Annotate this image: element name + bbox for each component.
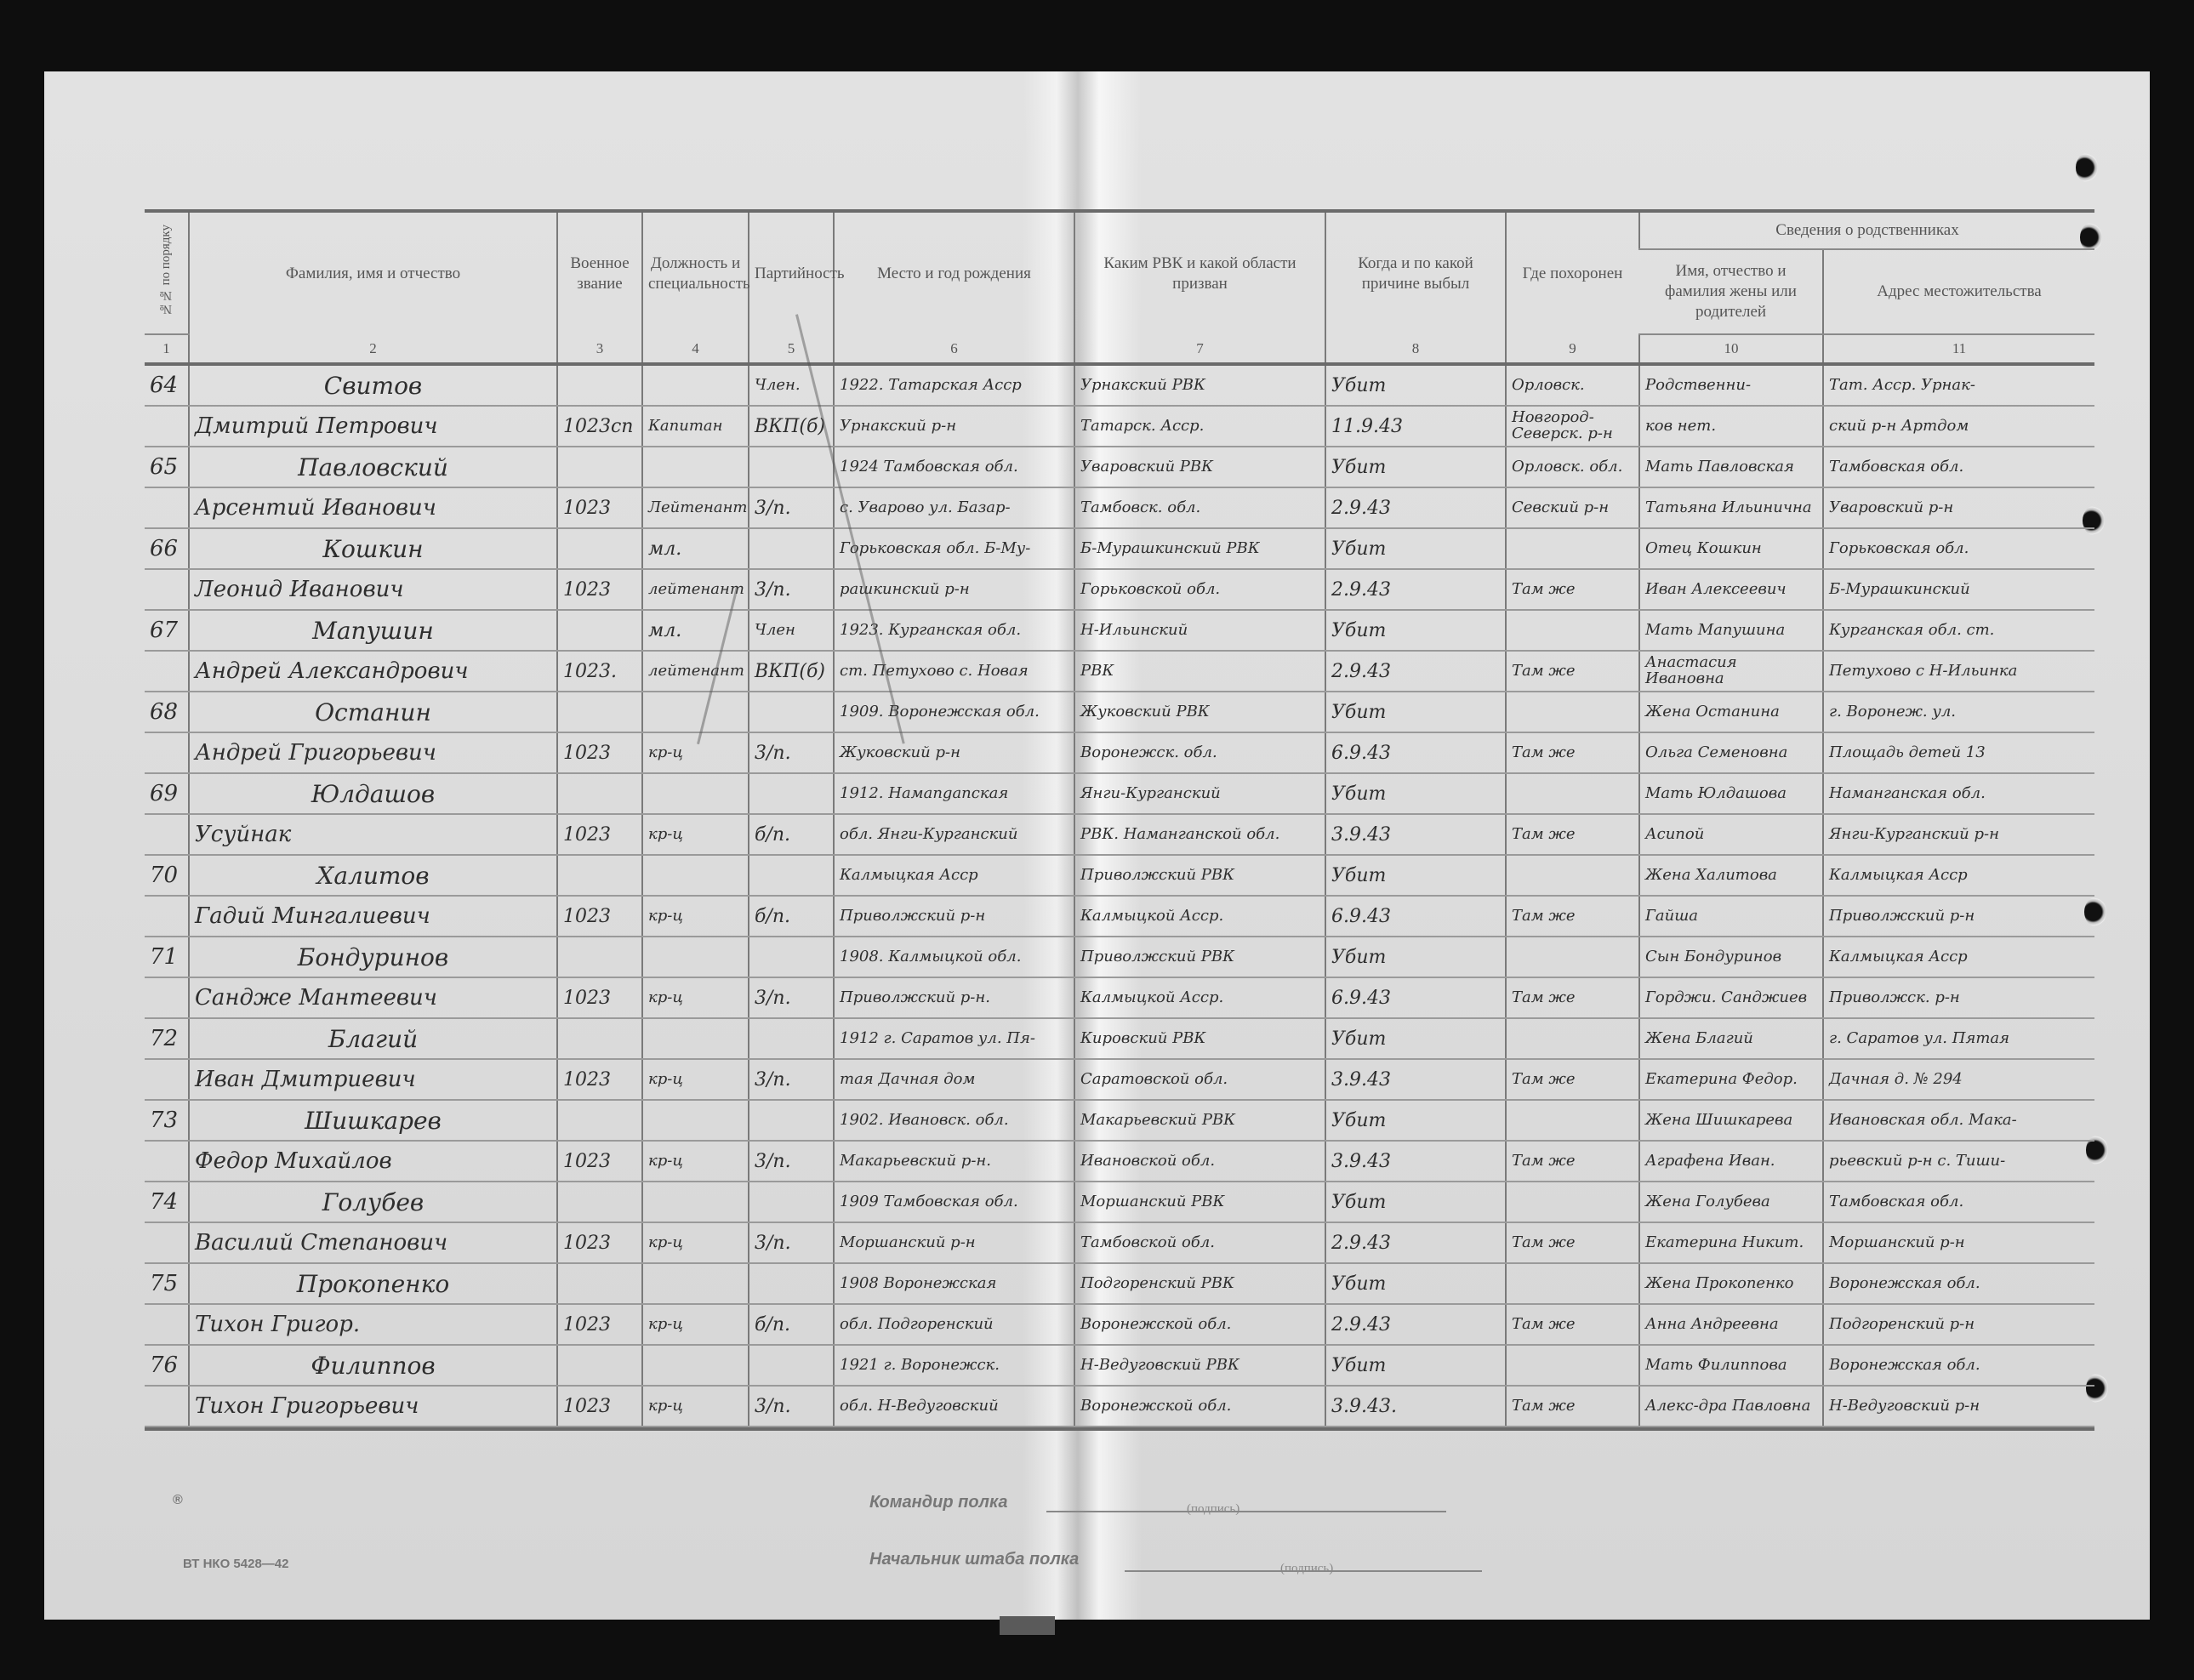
fate-date: 2.9.43: [1325, 1222, 1506, 1263]
burial-cont: Там же: [1506, 1059, 1639, 1100]
relative-cell: Отец Кошкин: [1639, 528, 1823, 569]
rank: 1023: [557, 732, 642, 773]
birth-cell: 1908. Калмыцкой обл.: [834, 937, 1074, 977]
party: 3/п.: [749, 732, 834, 773]
party-cell: [749, 937, 834, 977]
birth-cont: обл. Подгоренский: [834, 1304, 1074, 1345]
col-group-relatives: Сведения о родственниках: [1639, 213, 2094, 249]
given-name: Андрей Григорьевич: [189, 732, 557, 773]
col-num: 3: [557, 334, 642, 364]
fate-date: 2.9.43: [1325, 569, 1506, 610]
row-number-cont: [145, 896, 189, 937]
burial-cell: [1506, 773, 1639, 814]
rank: 1023: [557, 896, 642, 937]
birth-cell: Калмыцкая Асср: [834, 855, 1074, 896]
rank: 1023: [557, 1141, 642, 1182]
row-number: 72: [145, 1018, 189, 1059]
col-num: 11: [1823, 334, 2094, 364]
position: кр-ц: [642, 1386, 749, 1427]
col-header-number: №№ по порядку: [145, 213, 189, 334]
burial-cont: Там же: [1506, 977, 1639, 1018]
birth-cont: Приволжский р-н: [834, 896, 1074, 937]
address-cell: Тамбовская обл.: [1823, 1182, 2094, 1222]
binding-tape: [1000, 1616, 1055, 1635]
fate-date: 6.9.43: [1325, 732, 1506, 773]
rvk-cont: Тамбовск. обл.: [1074, 487, 1325, 528]
row-number-cont: [145, 1386, 189, 1427]
party: ВКП(б): [749, 651, 834, 692]
table-row: 71Бондуринов1908. Калмыцкой обл.Приволжс…: [145, 937, 2094, 977]
rvk-cell: Подгоренский РВК: [1074, 1263, 1325, 1304]
row-number-cont: [145, 1141, 189, 1182]
position-cell: [642, 364, 749, 406]
rank-cell: [557, 610, 642, 651]
birth-cell: 1924 Тамбовская обл.: [834, 447, 1074, 487]
party: 3/п.: [749, 569, 834, 610]
fate-date: 2.9.43: [1325, 1304, 1506, 1345]
fate-cell: Убит: [1325, 528, 1506, 569]
address-cell: Калмыцкая Асср: [1823, 937, 2094, 977]
col-num: 6: [834, 334, 1074, 364]
table-row: 65Павловский1924 Тамбовская обл.Уваровск…: [145, 447, 2094, 487]
rank: 1023: [557, 1386, 642, 1427]
rank: 1023: [557, 1222, 642, 1263]
birth-cell: 1912 г. Саратов ул. Пя-: [834, 1018, 1074, 1059]
fate-date: 2.9.43: [1325, 651, 1506, 692]
rank-cell: [557, 692, 642, 732]
col-header-position: Должность и специальность: [642, 213, 749, 334]
birth-cell: 1922. Татарская Асср: [834, 364, 1074, 406]
position-cell: [642, 1018, 749, 1059]
address-cont: Площадь детей 13: [1823, 732, 2094, 773]
position-cell: [642, 1100, 749, 1141]
table-row: Усуйнак1023кр-цб/п.обл. Янги-КурганскийР…: [145, 814, 2094, 855]
given-name: Гадий Мингалиевич: [189, 896, 557, 937]
position-cell: [642, 855, 749, 896]
surname: Свитов: [189, 364, 557, 406]
rvk-cell: Приволжский РВК: [1074, 855, 1325, 896]
given-name: Сандже Мантеевич: [189, 977, 557, 1018]
position-cell: [642, 773, 749, 814]
party: 3/п.: [749, 1386, 834, 1427]
address-cont: Приволжский р-н: [1823, 896, 2094, 937]
address-cont: Моршанский р-н: [1823, 1222, 2094, 1263]
rvk-cont: РВК: [1074, 651, 1325, 692]
table-row: 66Кошкинмл.Горьковская обл. Б-Му-Б-Мураш…: [145, 528, 2094, 569]
burial-cell: Орловск.: [1506, 364, 1639, 406]
position: кр-ц: [642, 814, 749, 855]
rvk-cont: Воронежск. обл.: [1074, 732, 1325, 773]
relative-cell: Жена Благий: [1639, 1018, 1823, 1059]
surname: Прокопенко: [189, 1263, 557, 1304]
fate-date: 3.9.43: [1325, 814, 1506, 855]
burial-cell: Орловск. обл.: [1506, 447, 1639, 487]
rvk-cell: Уваровский РВК: [1074, 447, 1325, 487]
party-cell: [749, 447, 834, 487]
burial-cont: Там же: [1506, 814, 1639, 855]
surname: Шишкарев: [189, 1100, 557, 1141]
col-num: 10: [1639, 334, 1823, 364]
relative-cell: Жена Прокопенко: [1639, 1263, 1823, 1304]
surname: Халитов: [189, 855, 557, 896]
address-cell: Горьковская обл.: [1823, 528, 2094, 569]
row-number-cont: [145, 651, 189, 692]
table-row: Андрей Григорьевич1023кр-ц3/п.Жуковский …: [145, 732, 2094, 773]
birth-cont: Жуковский р-н: [834, 732, 1074, 773]
relative-cont: Горджи. Санджиев: [1639, 977, 1823, 1018]
row-number-cont: [145, 569, 189, 610]
row-number: 71: [145, 937, 189, 977]
fate-cell: Убит: [1325, 610, 1506, 651]
row-number: 65: [145, 447, 189, 487]
col-header-rvk: Каким РВК и какой области призван: [1074, 213, 1325, 334]
burial-cell: [1506, 937, 1639, 977]
rvk-cell: Кировский РВК: [1074, 1018, 1325, 1059]
col-header-birth: Место и год рождения: [834, 213, 1074, 334]
rank: 1023: [557, 977, 642, 1018]
rank-cell: [557, 1182, 642, 1222]
row-number-cont: [145, 732, 189, 773]
fate-cell: Убит: [1325, 1100, 1506, 1141]
relative-cont: Анна Андреевна: [1639, 1304, 1823, 1345]
fate-date: 11.9.43: [1325, 406, 1506, 447]
address-cont: Дачная д. № 294: [1823, 1059, 2094, 1100]
fate-cell: Убит: [1325, 692, 1506, 732]
birth-cell: 1909 Тамбовская обл.: [834, 1182, 1074, 1222]
given-name: Тихон Григорьевич: [189, 1386, 557, 1427]
party-cell: [749, 1182, 834, 1222]
fate-cell: Убит: [1325, 1345, 1506, 1386]
row-number: 73: [145, 1100, 189, 1141]
fate-date: 3.9.43: [1325, 1059, 1506, 1100]
burial-cell: [1506, 610, 1639, 651]
address-cell: Калмыцкая Асср: [1823, 855, 2094, 896]
relative-cell: Мать Павловская: [1639, 447, 1823, 487]
position-cell: [642, 1263, 749, 1304]
burial-cell: [1506, 1018, 1639, 1059]
burial-cont: Севский р-н: [1506, 487, 1639, 528]
address-cont: Янги-Курганский р-н: [1823, 814, 2094, 855]
given-name: Арсентий Иванович: [189, 487, 557, 528]
rvk-cont: Ивановской обл.: [1074, 1141, 1325, 1182]
relative-cont: Алекс-дра Павловна: [1639, 1386, 1823, 1427]
relative-cont: Татьяна Ильинична: [1639, 487, 1823, 528]
rvk-cell: Моршанский РВК: [1074, 1182, 1325, 1222]
birth-cont: Моршанский р-н: [834, 1222, 1074, 1263]
fate-cell: Убит: [1325, 364, 1506, 406]
surname: Кошкин: [189, 528, 557, 569]
commander-signature-line: [1046, 1511, 1446, 1512]
position-cell: [642, 692, 749, 732]
table-row: Андрей Александрович1023.лейтенантВКП(б)…: [145, 651, 2094, 692]
relative-cell: Жена Шишкарева: [1639, 1100, 1823, 1141]
col-num: 9: [1506, 334, 1639, 364]
address-cont: Б-Мурашкинский: [1823, 569, 2094, 610]
burial-cont: Там же: [1506, 651, 1639, 692]
table-row: Федор Михайлов1023кр-ц3/п.Макарьевский р…: [145, 1141, 2094, 1182]
row-number-cont: [145, 1059, 189, 1100]
col-header-address: Адрес местожительства: [1823, 249, 2094, 334]
fate-cell: Убит: [1325, 1018, 1506, 1059]
surname: Благий: [189, 1018, 557, 1059]
relative-cell: Жена Голубева: [1639, 1182, 1823, 1222]
position: кр-ц: [642, 1059, 749, 1100]
col-num: 1: [145, 334, 189, 364]
row-number: 70: [145, 855, 189, 896]
party-cell: [749, 1100, 834, 1141]
birth-cont: Макарьевский р-н.: [834, 1141, 1074, 1182]
fate-date: 3.9.43: [1325, 1141, 1506, 1182]
table-row: 68Останин1909. Воронежская обл.Жуковский…: [145, 692, 2094, 732]
row-number: 75: [145, 1263, 189, 1304]
birth-cont: Урнакский р-н: [834, 406, 1074, 447]
table-row: Иван Дмитриевич1023кр-ц3/п.тая Дачная до…: [145, 1059, 2094, 1100]
surname: Мапушин: [189, 610, 557, 651]
table-row: Леонид Иванович1023лейтенант3/п.рашкинск…: [145, 569, 2094, 610]
row-number: 66: [145, 528, 189, 569]
burial-cont: Там же: [1506, 896, 1639, 937]
table-row: 76Филиппов1921 г. Воронежск.Н-Ведуговски…: [145, 1345, 2094, 1386]
party-cell: [749, 855, 834, 896]
row-number-cont: [145, 487, 189, 528]
party-cell: [749, 528, 834, 569]
rvk-cell: Н-Ильинский: [1074, 610, 1325, 651]
burial-cell: [1506, 1182, 1639, 1222]
position-cell: мл.: [642, 528, 749, 569]
rank: 1023сп: [557, 406, 642, 447]
position: кр-ц: [642, 896, 749, 937]
rank-cell: [557, 528, 642, 569]
table-row: Гадий Мингалиевич1023кр-цб/п.Приволжский…: [145, 896, 2094, 937]
row-number-cont: [145, 1222, 189, 1263]
address-cont: Подгоренский р-н: [1823, 1304, 2094, 1345]
table-row: 73Шишкарев1902. Ивановск. обл.Макарьевск…: [145, 1100, 2094, 1141]
surname: Павловский: [189, 447, 557, 487]
rank: 1023: [557, 1304, 642, 1345]
position: лейтенант: [642, 651, 749, 692]
party-cell: Член: [749, 610, 834, 651]
col-header-burial: Где похоронен: [1506, 213, 1639, 334]
burial-cont: Там же: [1506, 1141, 1639, 1182]
relative-cont: Иван Алексеевич: [1639, 569, 1823, 610]
given-name: Василий Степанович: [189, 1222, 557, 1263]
rank-cell: [557, 1018, 642, 1059]
birth-cell: 1908 Воронежская: [834, 1263, 1074, 1304]
address-cell: Воронежская обл.: [1823, 1263, 2094, 1304]
burial-cell: [1506, 1100, 1639, 1141]
col-num: 2: [189, 334, 557, 364]
rank-cell: [557, 1263, 642, 1304]
table-row: Арсентий Иванович1023Лейтенант3/п.с. Ува…: [145, 487, 2094, 528]
col-num: 8: [1325, 334, 1506, 364]
party: б/п.: [749, 814, 834, 855]
address-cont: Н-Ведуговский р-н: [1823, 1386, 2094, 1427]
burial-cont: Там же: [1506, 1386, 1639, 1427]
rank: 1023: [557, 1059, 642, 1100]
row-number-cont: [145, 977, 189, 1018]
rvk-cont: Калмыцкой Асср.: [1074, 896, 1325, 937]
rank: 1023: [557, 487, 642, 528]
row-number: 69: [145, 773, 189, 814]
relative-cont: Гайша: [1639, 896, 1823, 937]
burial-cont: Там же: [1506, 1304, 1639, 1345]
table-row: Тихон Григорьевич1023кр-ц3/п.обл. Н-Веду…: [145, 1386, 2094, 1427]
col-num: 5: [749, 334, 834, 364]
birth-cont: обл. Янги-Курганский: [834, 814, 1074, 855]
relative-cell: Мать Филиппова: [1639, 1345, 1823, 1386]
col-num: 4: [642, 334, 749, 364]
commander-signature-caption: (подпись): [1187, 1502, 1239, 1517]
relative-cont: Асипой: [1639, 814, 1823, 855]
position: кр-ц: [642, 1141, 749, 1182]
given-name: Леонид Иванович: [189, 569, 557, 610]
given-name: Тихон Григор.: [189, 1304, 557, 1345]
table-row: Тихон Григор.1023кр-цб/п.обл. Подгоренск…: [145, 1304, 2094, 1345]
position: кр-ц: [642, 1304, 749, 1345]
given-name: Иван Дмитриевич: [189, 1059, 557, 1100]
burial-cont: Новгород-Северск. р-н: [1506, 406, 1639, 447]
col-header-fate: Когда и по какой причине выбыл: [1325, 213, 1506, 334]
relative-cont: ков нет.: [1639, 406, 1823, 447]
address-cell: г. Саратов ул. Пятая: [1823, 1018, 2094, 1059]
burial-cont: Там же: [1506, 569, 1639, 610]
relative-cell: Мать Юлдашова: [1639, 773, 1823, 814]
fate-cell: Убит: [1325, 855, 1506, 896]
birth-cell: 1909. Воронежская обл.: [834, 692, 1074, 732]
party: 3/п.: [749, 1222, 834, 1263]
address-cell: Ивановская обл. Мака-: [1823, 1100, 2094, 1141]
fate-cell: Убит: [1325, 447, 1506, 487]
col-header-rank: Военное звание: [557, 213, 642, 334]
address-cell: г. Воронеж. ул.: [1823, 692, 2094, 732]
address-cell: Воронежская обл.: [1823, 1345, 2094, 1386]
row-number: 64: [145, 364, 189, 406]
fate-date: 2.9.43: [1325, 487, 1506, 528]
table-row: 75Прокопенко1908 ВоронежскаяПодгоренский…: [145, 1263, 2094, 1304]
rvk-cont: РВК. Наманганской обл.: [1074, 814, 1325, 855]
rank: 1023: [557, 569, 642, 610]
rank-cell: [557, 855, 642, 896]
surname: Юлдашов: [189, 773, 557, 814]
burial-cell: [1506, 855, 1639, 896]
circle-mark-icon: ®: [173, 1493, 183, 1508]
table-row: 64СвитовЧлен.1922. Татарская АссрУрнакск…: [145, 364, 2094, 406]
fate-date: 3.9.43.: [1325, 1386, 1506, 1427]
burial-cont: Там же: [1506, 1222, 1639, 1263]
table-row: Василий Степанович1023кр-ц3/п.Моршанский…: [145, 1222, 2094, 1263]
relative-cont: Анастасия Ивановна: [1639, 651, 1823, 692]
birth-cell: 1902. Ивановск. обл.: [834, 1100, 1074, 1141]
party: б/п.: [749, 896, 834, 937]
burial-cont: Там же: [1506, 732, 1639, 773]
relative-cell: Жена Халитова: [1639, 855, 1823, 896]
table-row: 67Мапушинмл.Член1923. Курганская обл.Н-И…: [145, 610, 2094, 651]
row-number: 76: [145, 1345, 189, 1386]
rvk-cell: Янги-Курганский: [1074, 773, 1325, 814]
col-header-relatives-name: Имя, отчество и фамилия жены или родител…: [1639, 249, 1823, 334]
party: 3/п.: [749, 487, 834, 528]
position: Лейтенант: [642, 487, 749, 528]
rvk-cell: Б-Мурашкинский РВК: [1074, 528, 1325, 569]
birth-cell: 1921 г. Воронежск.: [834, 1345, 1074, 1386]
party-cell: [749, 692, 834, 732]
fate-cell: Убит: [1325, 1263, 1506, 1304]
row-number: 74: [145, 1182, 189, 1222]
address-cont: ский р-н Артдом: [1823, 406, 2094, 447]
birth-cont: ст. Петухово с. Новая: [834, 651, 1074, 692]
address-cell: Курганская обл. ст.: [1823, 610, 2094, 651]
rvk-cont: Калмыцкой Асср.: [1074, 977, 1325, 1018]
rvk-cont: Воронежской обл.: [1074, 1386, 1325, 1427]
birth-cont: обл. Н-Ведуговский: [834, 1386, 1074, 1427]
relative-cell: Мать Мапушина: [1639, 610, 1823, 651]
rvk-cell: Жуковский РВК: [1074, 692, 1325, 732]
print-mark: ВТ НКО 5428—42: [183, 1557, 288, 1571]
given-name: Андрей Александрович: [189, 651, 557, 692]
rank-cell: [557, 447, 642, 487]
table-row: Дмитрий Петрович1023спКапитанВКП(б)Урнак…: [145, 406, 2094, 447]
rvk-cell: Урнакский РВК: [1074, 364, 1325, 406]
address-cont: Уваровский р-н: [1823, 487, 2094, 528]
address-cont: Приволжск. р-н: [1823, 977, 2094, 1018]
rvk-cont: Тамбовской обл.: [1074, 1222, 1325, 1263]
row-number-cont: [145, 1304, 189, 1345]
fate-cell: Убит: [1325, 937, 1506, 977]
surname: Бондуринов: [189, 937, 557, 977]
rank: 1023.: [557, 651, 642, 692]
relative-cont: Екатерина Федор.: [1639, 1059, 1823, 1100]
party: 3/п.: [749, 1059, 834, 1100]
relative-cell: Сын Бондуринов: [1639, 937, 1823, 977]
rvk-cont: Саратовской обл.: [1074, 1059, 1325, 1100]
burial-cell: [1506, 1263, 1639, 1304]
rank-cell: [557, 1345, 642, 1386]
party-cell: [749, 1018, 834, 1059]
party-cell: Член.: [749, 364, 834, 406]
fate-date: 6.9.43: [1325, 977, 1506, 1018]
row-number: 68: [145, 692, 189, 732]
relative-cell: Родственни-: [1639, 364, 1823, 406]
table-row: Сандже Мантеевич1023кр-ц3/п.Приволжский …: [145, 977, 2094, 1018]
party-cell: [749, 1345, 834, 1386]
address-cont: Петухово с Н-Ильинка: [1823, 651, 2094, 692]
table-row: 70ХалитовКалмыцкая АссрПриволжский РВКУб…: [145, 855, 2094, 896]
chief-of-staff-label: Начальник штаба полка: [869, 1550, 1079, 1569]
table-row: 69Юлдашов1912. НамanganскаяЯнги-Курганск…: [145, 773, 2094, 814]
rank: 1023: [557, 814, 642, 855]
position-cell: [642, 937, 749, 977]
birth-cell: Горьковская обл. Б-Му-: [834, 528, 1074, 569]
given-name: Дмитрий Петрович: [189, 406, 557, 447]
col-header-name: Фамилия, имя и отчество: [189, 213, 557, 334]
position: кр-ц: [642, 1222, 749, 1263]
birth-cont: с. Уварово ул. Базар-: [834, 487, 1074, 528]
relative-cont: Екатерина Никит.: [1639, 1222, 1823, 1263]
rank-cell: [557, 937, 642, 977]
surname: Останин: [189, 692, 557, 732]
ledger-body: 64СвитовЧлен.1922. Татарская АссрУрнакск…: [145, 364, 2094, 1427]
party: 3/п.: [749, 977, 834, 1018]
rvk-cont: Горьковской обл.: [1074, 569, 1325, 610]
rank-cell: [557, 1100, 642, 1141]
punch-hole: [2076, 153, 2098, 182]
table-row: 74Голубев1909 Тамбовская обл.Моршанский …: [145, 1182, 2094, 1222]
address-cell: Тат. Асср. Урнак-: [1823, 364, 2094, 406]
burial-cell: [1506, 1345, 1639, 1386]
rvk-cell: Приволжский РВК: [1074, 937, 1325, 977]
surname: Голубев: [189, 1182, 557, 1222]
relative-cont: Ольга Семеновна: [1639, 732, 1823, 773]
